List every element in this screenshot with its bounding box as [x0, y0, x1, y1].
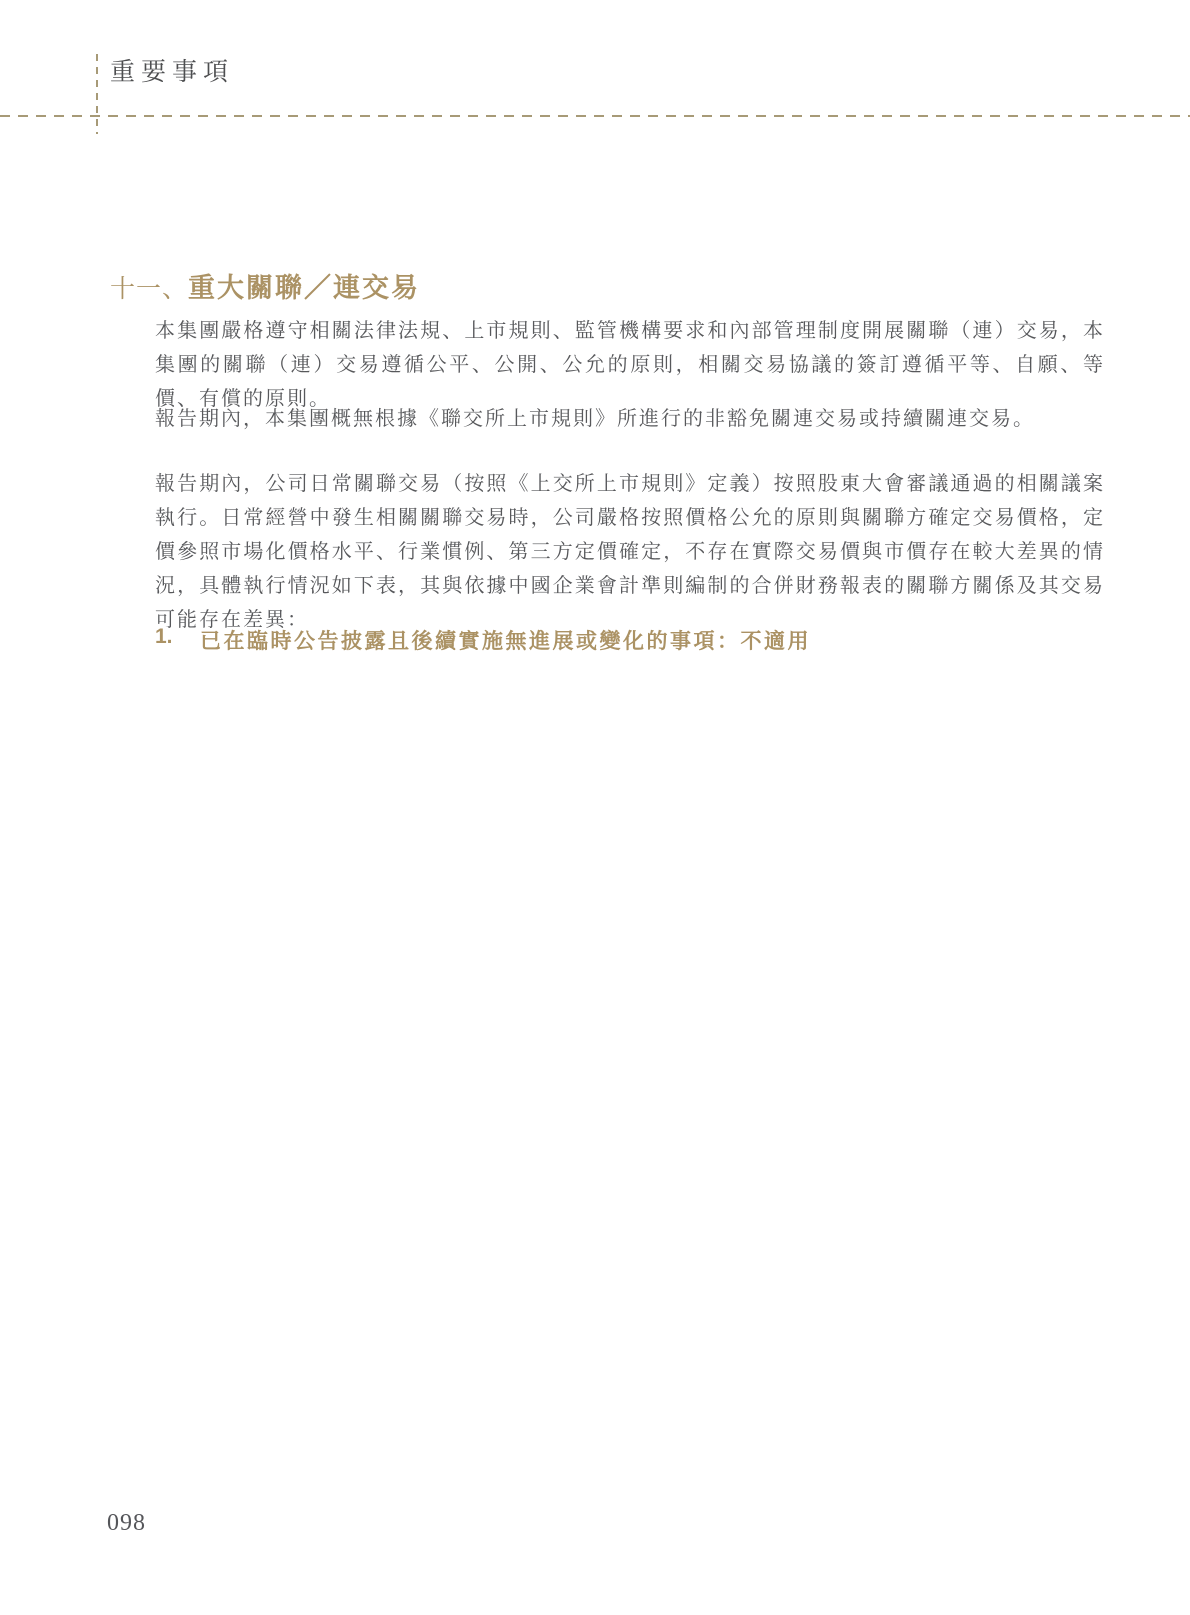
list-item-number: 1. [155, 625, 200, 655]
list-item-1: 1. 已在臨時公告披露且後續實施無進展或變化的事項：不適用 [155, 625, 1105, 655]
paragraph-related-transactions-principles: 本集團嚴格遵守相關法律法規、上市規則、監管機構要求和內部管理制度開展關聯（連）交… [155, 314, 1105, 416]
header-horizontal-dashed-rule [0, 115, 1190, 117]
paragraph-daily-related-transactions: 報告期內，公司日常關聯交易（按照《上交所上市規則》定義）按照股東大會審議通過的相… [155, 467, 1105, 637]
document-page: 重要事項 十一、重大關聯／連交易 本集團嚴格遵守相關法律法規、上市規則、監管機構… [0, 0, 1190, 1615]
section-heading-title: 重大關聯／連交易 [188, 273, 420, 303]
running-header-title: 重要事項 [110, 52, 234, 88]
list-item-text: 已在臨時公告披露且後續實施無進展或變化的事項：不適用 [200, 625, 811, 655]
paragraph-hkex-connected-transactions: 報告期內，本集團概無根據《聯交所上市規則》所進行的非豁免關連交易或持續關連交易。 [155, 402, 1105, 436]
header-vertical-dashed-rule [96, 54, 98, 134]
section-heading: 十一、重大關聯／連交易 [110, 266, 420, 305]
section-heading-number: 十一、 [110, 275, 188, 303]
page-number: 098 [107, 1510, 146, 1537]
